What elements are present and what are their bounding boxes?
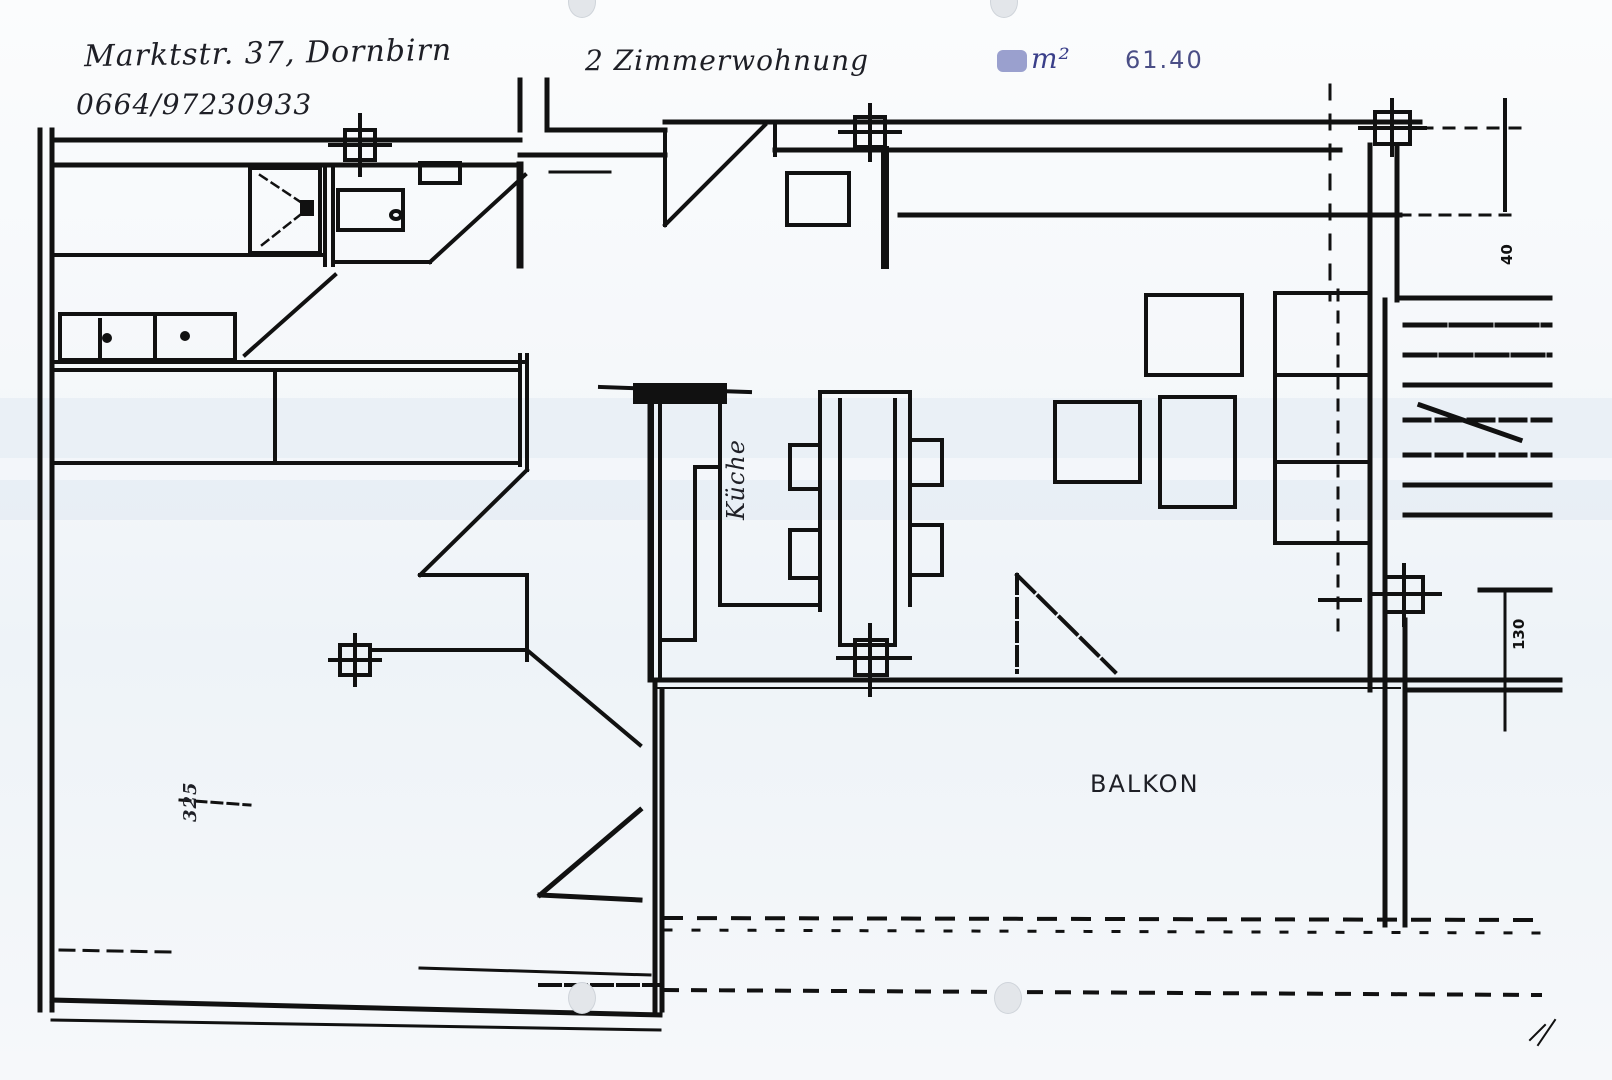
punch-hole — [568, 982, 596, 1014]
dining-chairs — [790, 440, 942, 578]
area-value: 61.40 — [1125, 46, 1204, 74]
entry-door — [665, 125, 885, 265]
right-walls — [1330, 85, 1560, 925]
lower-walls — [52, 680, 662, 1030]
dimension-right-top: 40 — [1498, 244, 1516, 265]
kitchen — [600, 385, 910, 680]
bathroom — [52, 163, 610, 265]
north-arrow-icon — [1530, 1020, 1555, 1045]
facade-wall — [650, 400, 1560, 688]
balcony-door — [1017, 575, 1115, 672]
balcony-railing — [540, 918, 1540, 995]
phone-note: 0664/97230933 — [76, 88, 312, 121]
dimension-left-room: 325 — [180, 781, 201, 822]
scribble-mark — [997, 50, 1027, 72]
living-furniture — [1055, 290, 1370, 640]
floor-plan-sheet: Marktstr. 37, Dornbirn 0664/97230933 2 Z… — [0, 0, 1612, 1080]
punch-hole — [994, 982, 1022, 1014]
hallway-wardrobe — [52, 355, 640, 745]
apartment-type-title: 2 Zimmerwohnung — [585, 44, 869, 77]
kitchen-label: Küche — [722, 439, 750, 520]
area-struck-out: m² — [997, 42, 1071, 75]
floor-plan-drawing — [0, 0, 1612, 1080]
balcony-label: BALKON — [1090, 770, 1200, 798]
address-note: Marktstr. 37, Dornbirn — [84, 33, 453, 74]
dimension-right-lower: 130 — [1510, 619, 1528, 650]
area-unit: m² — [1031, 42, 1071, 75]
outer-left-wall — [40, 130, 52, 1010]
wc-stalls — [60, 275, 335, 360]
